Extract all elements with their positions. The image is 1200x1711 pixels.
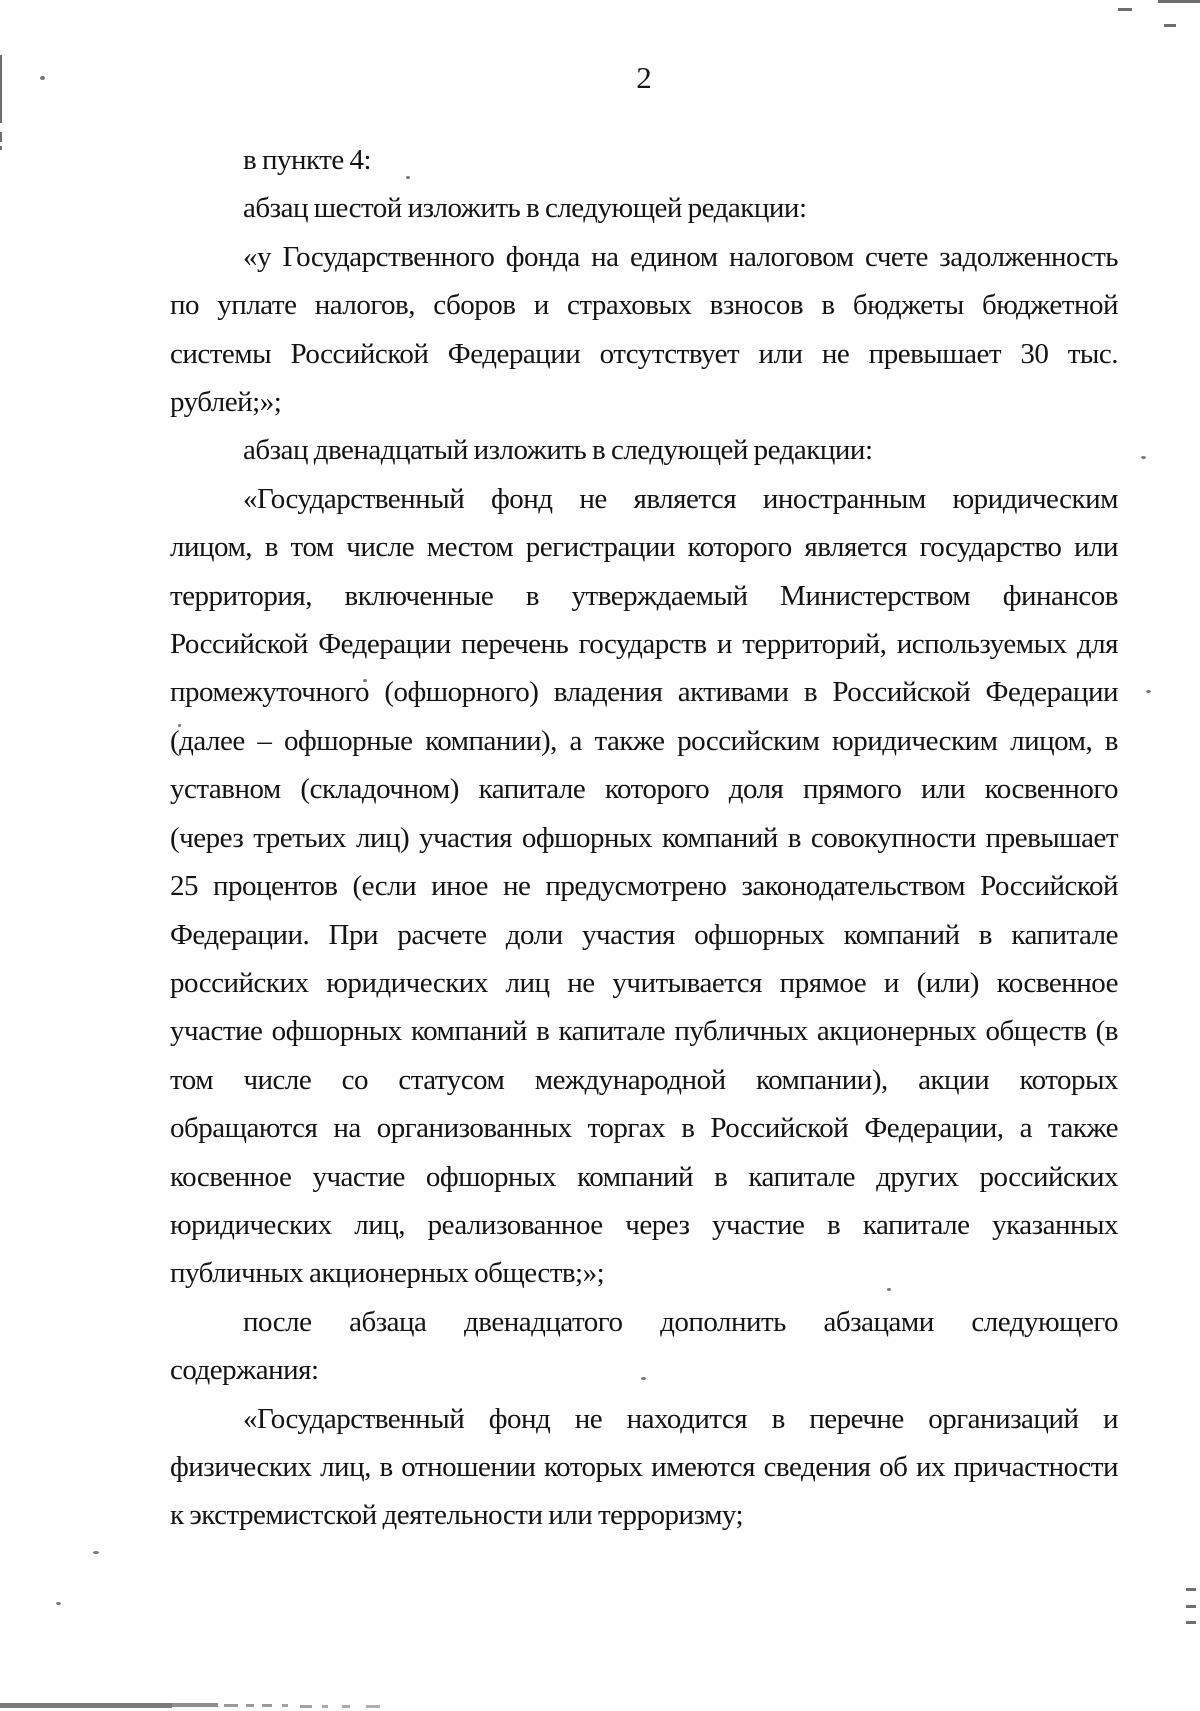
scan-speck	[178, 724, 181, 727]
paragraph: «Государственный фонд не находится в пер…	[170, 1395, 1118, 1540]
document-body: в пункте 4:абзац шестой изложить в следу…	[170, 136, 1118, 1540]
scan-edge-line	[262, 1704, 272, 1707]
scan-speck	[887, 1288, 891, 1291]
scan-speck	[93, 1551, 99, 1554]
paragraph: после абзаца двенадцатого дополнить абза…	[170, 1298, 1118, 1395]
text-line: по уплате налогов, сборов и страховых вз…	[170, 281, 1118, 329]
text-line: к экстремистской деятельности или террор…	[170, 1491, 1118, 1539]
scan-edge-line	[172, 1703, 218, 1707]
text-line: лицом, в том числе местом регистрации ко…	[170, 523, 1118, 571]
text-line: Российской Федерации перечень государств…	[170, 620, 1118, 668]
scan-artifact	[1186, 1621, 1196, 1624]
text-line: (далее – офшорные компании), а также рос…	[170, 717, 1118, 765]
scanned-document-page: 2 в пункте 4:абзац шестой изложить в сле…	[0, 0, 1200, 1711]
text-line: промежуточного (офшорного) владения акти…	[170, 668, 1118, 716]
scan-artifact	[1164, 24, 1176, 27]
scan-speck	[1141, 456, 1146, 459]
text-line: в пункте 4:	[170, 136, 1118, 184]
scan-edge-line	[246, 1704, 254, 1707]
scan-artifact	[1186, 1588, 1196, 1591]
text-line: «Государственный фонд не находится в пер…	[170, 1395, 1118, 1443]
scan-edge-line	[322, 1705, 328, 1708]
scan-edge-line	[224, 1704, 238, 1707]
text-line: том числе со статусом международной комп…	[170, 1056, 1118, 1104]
text-line: системы Российской Федерации отсутствует…	[170, 330, 1118, 378]
text-line: Федерации. При расчете доли участия офшо…	[170, 911, 1118, 959]
text-line: рублей;»;	[170, 378, 1118, 426]
scan-artifact	[0, 55, 2, 123]
scan-speck	[1146, 690, 1151, 693]
text-line: «у Государственного фонда на едином нало…	[170, 233, 1118, 281]
text-line: юридических лиц, реализованное через уча…	[170, 1201, 1118, 1249]
scan-speck	[641, 1377, 646, 1380]
paragraph: абзац шестой изложить в следующей редакц…	[170, 184, 1118, 232]
text-line: содержания:	[170, 1346, 1118, 1394]
text-line: российских юридических лиц не учитываетс…	[170, 959, 1118, 1007]
scan-edge-line	[366, 1705, 380, 1708]
text-line: физических лиц, в отношении которых имею…	[170, 1443, 1118, 1491]
scan-artifact	[1118, 8, 1132, 11]
scan-edge-line	[300, 1705, 312, 1708]
scan-speck	[56, 1602, 61, 1605]
scan-artifact	[1186, 1605, 1196, 1608]
text-line: абзац двенадцатый изложить в следующей р…	[170, 426, 1118, 474]
text-line: косвенное участие офшорных компаний в ка…	[170, 1153, 1118, 1201]
paragraph: «у Государственного фонда на едином нало…	[170, 233, 1118, 427]
paragraph: абзац двенадцатый изложить в следующей р…	[170, 426, 1118, 474]
scan-speck	[40, 76, 45, 80]
scan-edge-line	[342, 1705, 350, 1708]
text-line: 25 процентов (если иное не предусмотрено…	[170, 862, 1118, 910]
scan-speck	[363, 679, 367, 682]
text-line: (через третьих лиц) участия офшорных ком…	[170, 814, 1118, 862]
scan-artifact	[0, 146, 2, 150]
scan-edge-line	[0, 1703, 172, 1708]
text-line: публичных акционерных обществ;»;	[170, 1249, 1118, 1297]
scan-artifact	[1158, 0, 1200, 3]
text-line: «Государственный фонд не является иностр…	[170, 475, 1118, 523]
text-line: участие офшорных компаний в капитале пуб…	[170, 1007, 1118, 1055]
paragraph: в пункте 4:	[170, 136, 1118, 184]
text-line: абзац шестой изложить в следующей редакц…	[170, 184, 1118, 232]
text-line: после абзаца двенадцатого дополнить абза…	[170, 1298, 1118, 1346]
page-number: 2	[170, 60, 1118, 96]
text-line: уставном (складочном) капитале которого …	[170, 765, 1118, 813]
scan-artifact	[0, 132, 2, 142]
scan-speck	[366, 1419, 370, 1422]
scan-speck	[406, 176, 410, 179]
text-line: территория, включенные в утверждаемый Ми…	[170, 572, 1118, 620]
text-line: обращаются на организованных торгах в Ро…	[170, 1104, 1118, 1152]
paragraph: «Государственный фонд не является иностр…	[170, 475, 1118, 1298]
scan-edge-line	[282, 1704, 288, 1707]
